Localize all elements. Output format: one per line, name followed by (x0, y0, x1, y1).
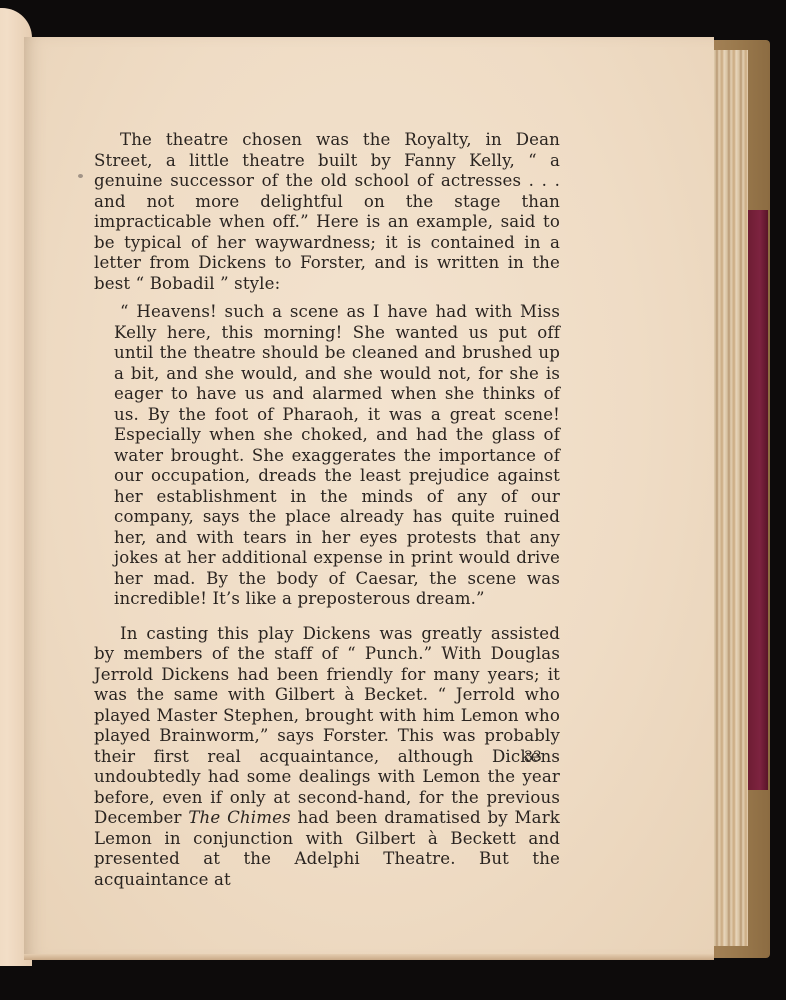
page-text: The theatre chosen was the Royalty, in D… (94, 130, 560, 890)
page-number: 33 (524, 749, 542, 765)
cloth-spine (748, 210, 768, 790)
paper-mark (78, 174, 83, 178)
italic-title-the-chimes: The Chimes (188, 808, 290, 827)
paragraph-3: In casting this play Dickens was greatly… (94, 624, 560, 891)
paragraph-1: The theatre chosen was the Royalty, in D… (94, 130, 560, 294)
block-quote-letter: “ Heavens! such a scene as I have had wi… (114, 302, 560, 610)
paragraph-3-start: In casting this play Dickens was greatly… (94, 624, 560, 828)
page-bottom-edge (24, 954, 714, 960)
